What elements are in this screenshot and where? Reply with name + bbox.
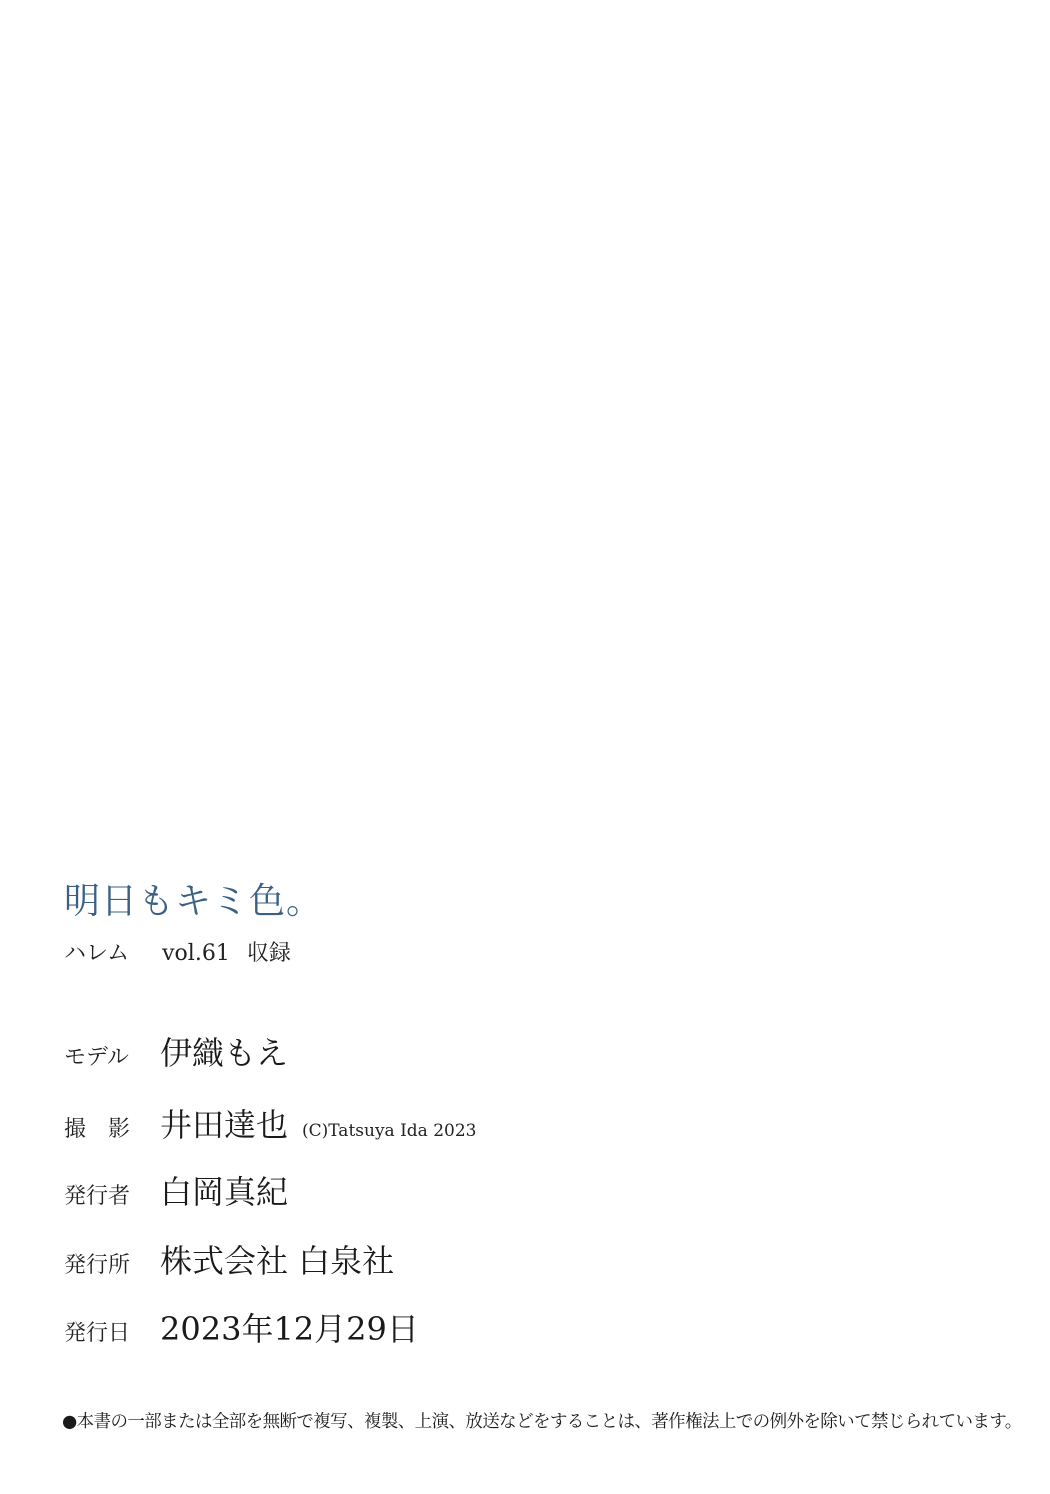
credit-label: 発行日 bbox=[64, 1316, 160, 1347]
collection-note: 収録 bbox=[247, 941, 291, 966]
credit-value: 株式会社 白泉社 bbox=[160, 1236, 394, 1282]
credit-publisher: 発行者 白岡真紀 bbox=[64, 1167, 288, 1213]
credit-publish-date: 発行日 2023年12月29日 bbox=[64, 1304, 419, 1350]
credit-publishing-house: 発行所 株式会社 白泉社 bbox=[64, 1236, 394, 1282]
credit-value: 白岡真紀 bbox=[160, 1167, 288, 1213]
credit-photographer: 撮 影 井田達也 (C)Tatsuya Ida 2023 bbox=[64, 1100, 477, 1146]
credit-label: モデル bbox=[64, 1040, 160, 1071]
publication-info: ハレム vol.61 収録 bbox=[64, 940, 291, 968]
credit-model: モデル 伊織もえ bbox=[64, 1028, 288, 1074]
copyright-credit: (C)Tatsuya Ida 2023 bbox=[302, 1121, 476, 1141]
credit-value: 井田達也 bbox=[160, 1100, 288, 1146]
volume-number: vol.61 bbox=[162, 941, 230, 966]
copyright-notice: ●本書の一部または全部を無断で複写、複製、上演、放送などをすることは、著作権法上… bbox=[62, 1410, 1022, 1434]
book-title: 明日もキミ色。 bbox=[64, 880, 323, 924]
credit-value: 伊織もえ bbox=[160, 1028, 288, 1074]
magazine-name: ハレム bbox=[64, 941, 129, 966]
credit-value: 2023年12月29日 bbox=[160, 1304, 419, 1350]
credit-label: 撮 影 bbox=[64, 1112, 160, 1143]
credit-label: 発行者 bbox=[64, 1179, 160, 1210]
credit-label: 発行所 bbox=[64, 1248, 160, 1279]
